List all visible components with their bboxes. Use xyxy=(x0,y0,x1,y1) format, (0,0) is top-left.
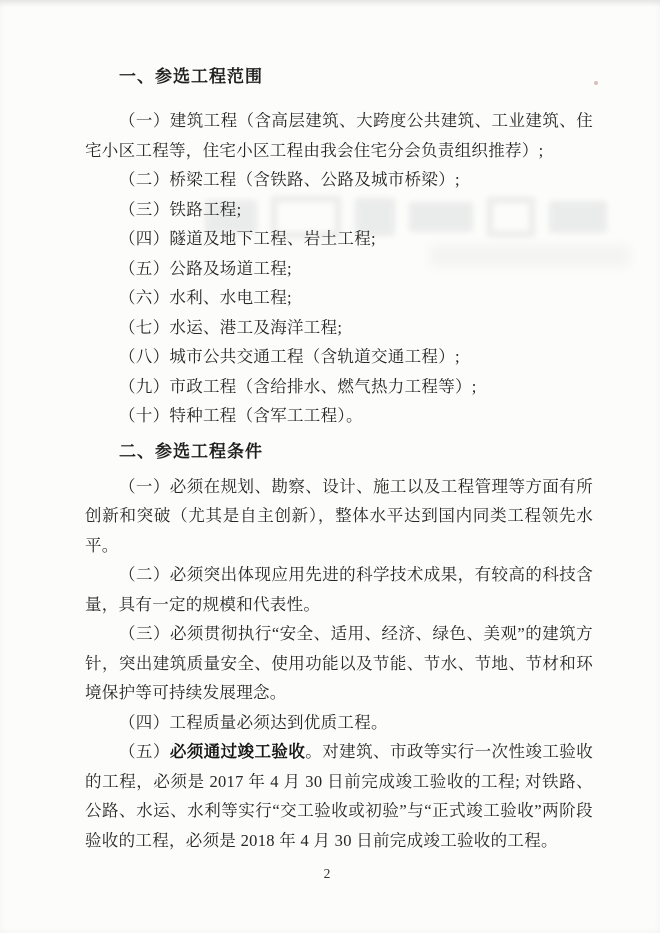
list-item: （三）铁路工程; xyxy=(85,195,593,225)
scanned-document-page: 一、参选工程范围 （一）建筑工程（含高层建筑、大跨度公共建筑、工业建筑、住宅小区… xyxy=(0,0,660,933)
section-heading-conditions: 二、参选工程条件 xyxy=(85,437,593,466)
list-item: （一）必须在规划、勘察、设计、施工以及工程管理等方面有所创新和突破（尤其是自主创… xyxy=(85,472,593,561)
list-item: （四）隧道及地下工程、岩土工程; xyxy=(85,224,593,254)
scanner-edge-shading xyxy=(0,0,660,7)
list-item: （四）工程质量必须达到优质工程。 xyxy=(85,708,593,738)
list-item: （二）桥梁工程（含铁路、公路及城市桥梁）; xyxy=(85,165,593,195)
list-item: （一）建筑工程（含高层建筑、大跨度公共建筑、工业建筑、住宅小区工程等，住宅小区工… xyxy=(85,106,593,165)
list-item: （十）特种工程（含军工工程）。 xyxy=(85,401,593,431)
scan-speck xyxy=(594,81,598,85)
list-item: （五）公路及场道工程; xyxy=(85,254,593,284)
list-item: （三）必须贯彻执行“安全、适用、经济、绿色、美观”的建筑方针，突出建筑质量安全、… xyxy=(85,619,593,708)
list-item: （二）必须突出体现应用先进的科学技术成果，有较高的科技含量，具有一定的规模和代表… xyxy=(85,560,593,619)
list-item: （九）市政工程（含给排水、燃气热力工程等）; xyxy=(85,372,593,402)
list-item: （五）必须通过竣工验收。对建筑、市政等实行一次性竣工验收的工程，必须是 2017… xyxy=(85,737,593,855)
list-item: （八）城市公共交通工程（含轨道交通工程）; xyxy=(85,342,593,372)
page-number: 2 xyxy=(0,866,654,882)
list-item: （六）水利、水电工程; xyxy=(85,283,593,313)
item-bold-lead: 必须通过竣工验收 xyxy=(170,742,305,761)
item-prefix: （五） xyxy=(119,742,170,761)
section-heading-scope: 一、参选工程范围 xyxy=(85,62,593,91)
list-item: （七）水运、港工及海洋工程; xyxy=(85,313,593,343)
document-body: 一、参选工程范围 （一）建筑工程（含高层建筑、大跨度公共建筑、工业建筑、住宅小区… xyxy=(85,62,593,855)
